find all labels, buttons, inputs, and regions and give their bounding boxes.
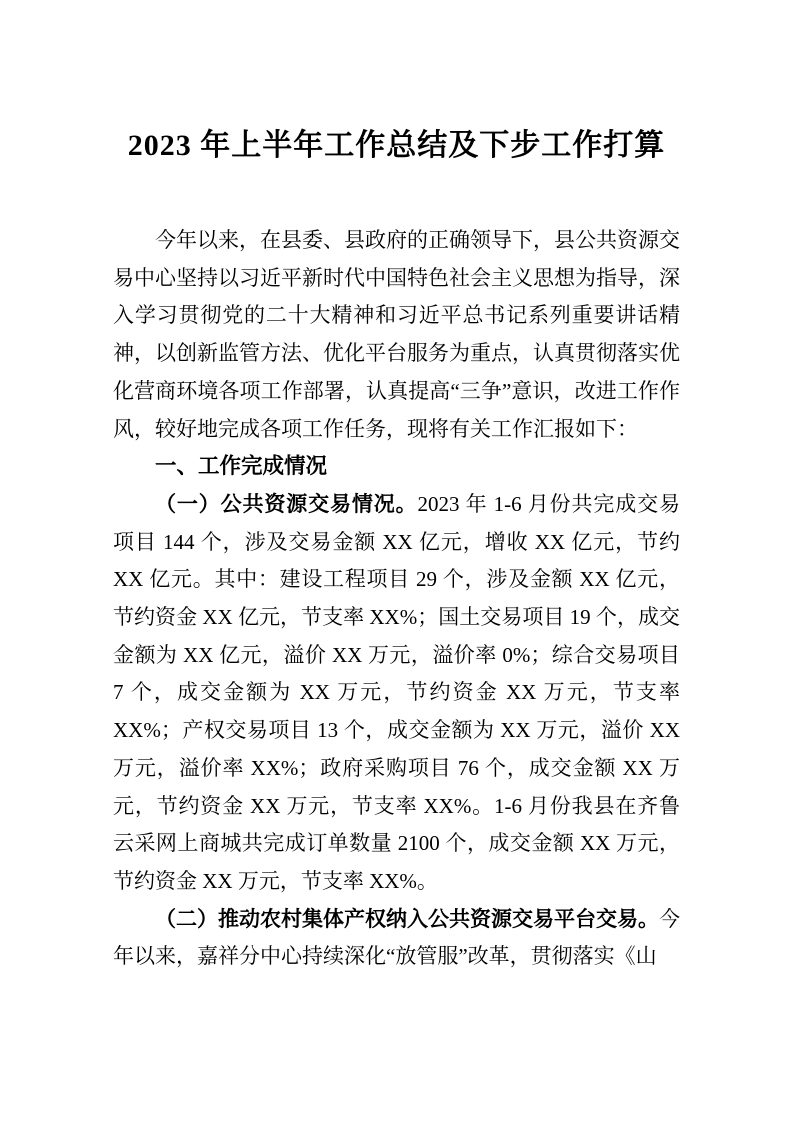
document-page: 2023 年上半年工作总结及下步工作打算 今年以来，在县委、县政府的正确领导下，… (0, 0, 793, 1122)
section-heading: 一、工作完成情况 (113, 448, 680, 486)
paragraph-item2: （二）推动农村集体产权纳入公共资源交易平台交易。今年以来，嘉祥分中心持续深化“放… (113, 901, 680, 976)
document-title: 2023 年上半年工作总结及下步工作打算 (113, 122, 680, 170)
item2-lead: （二）推动农村集体产权纳入公共资源交易平台交易。 (155, 907, 659, 931)
paragraph-item1: （一）公共资源交易情况。2023 年 1-6 月份共完成交易项目 144 个，涉… (113, 486, 680, 901)
item1-body: 2023 年 1-6 月份共完成交易项目 144 个，涉及交易金额 XX 亿元，… (113, 492, 680, 893)
intro-paragraph: 今年以来，在县委、县政府的正确领导下，县公共资源交易中心坚持以习近平新时代中国特… (113, 222, 680, 448)
item1-lead: （一）公共资源交易情况。 (155, 492, 418, 516)
